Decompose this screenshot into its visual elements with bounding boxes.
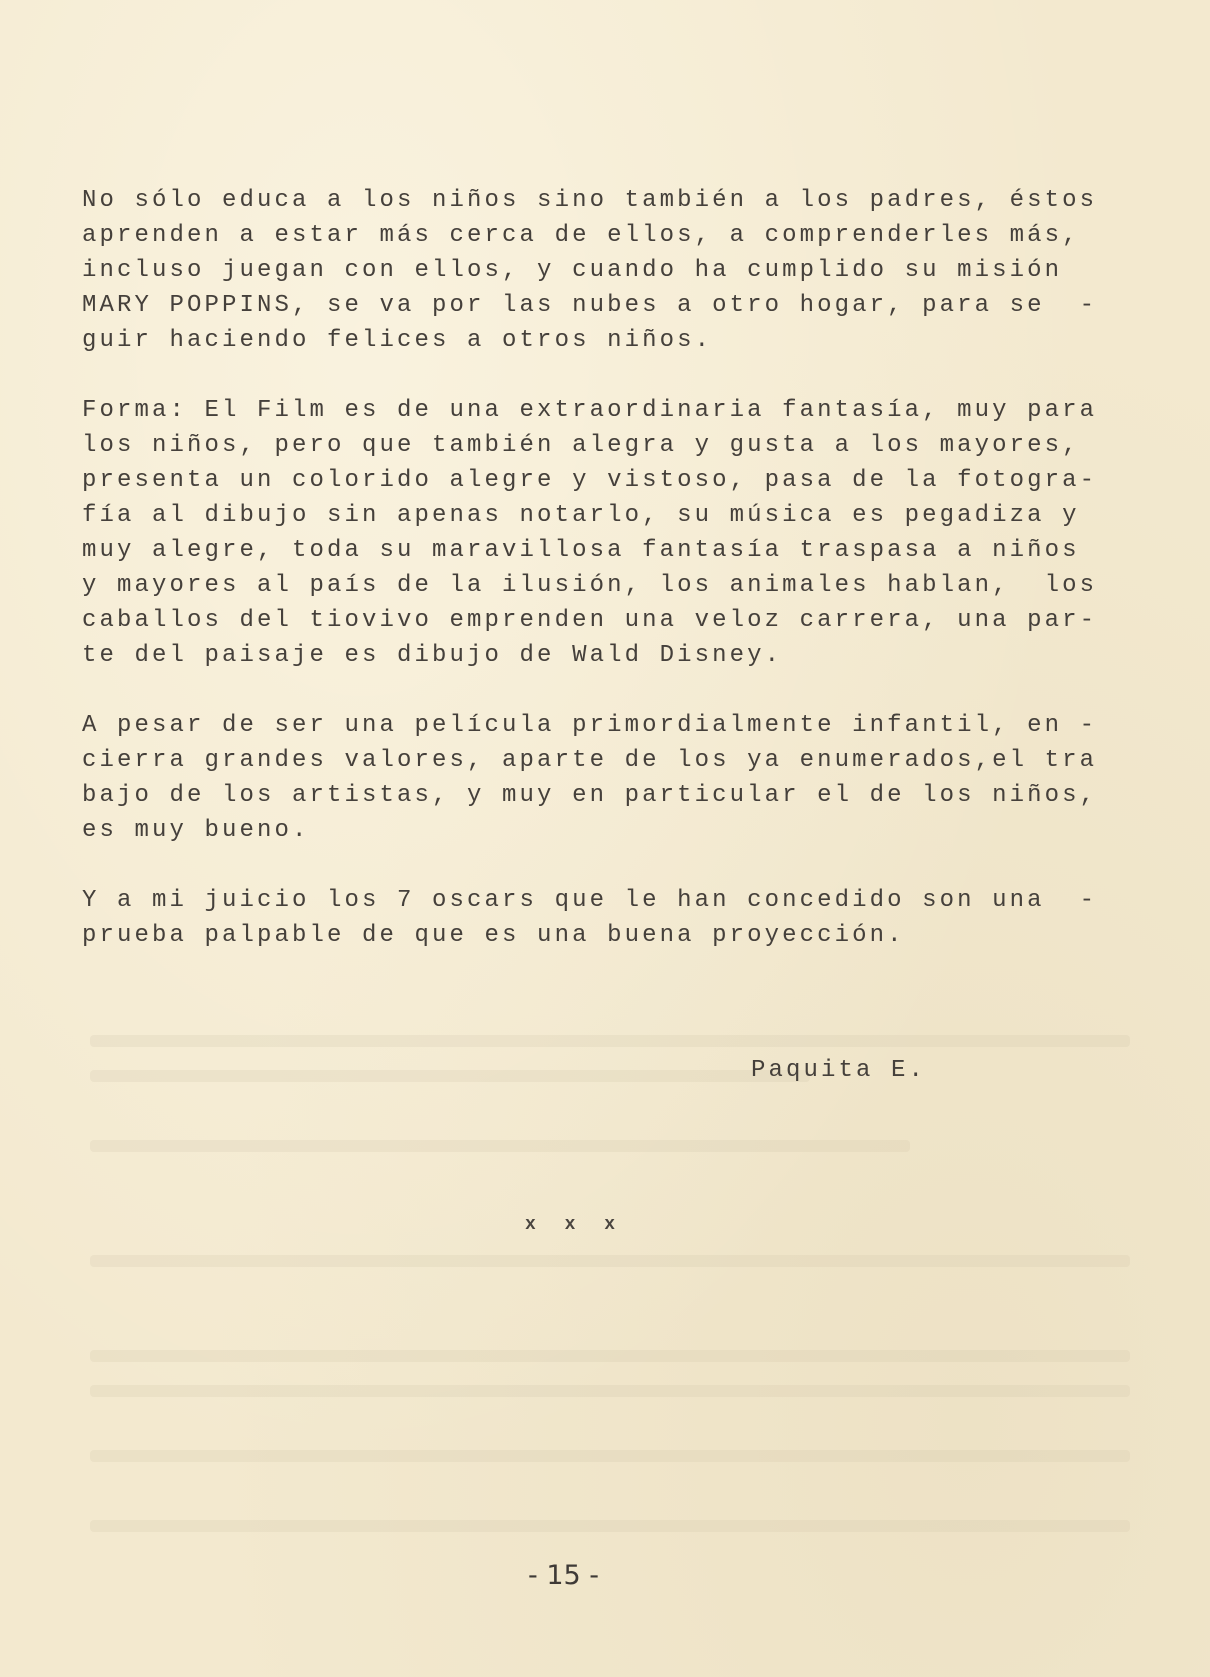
text-line: prueba palpable de que es una buena proy… <box>82 918 1122 953</box>
paragraph-oscars: Y a mi juicio los 7 oscars que le han co… <box>82 883 1122 953</box>
section-separator: x x x <box>525 1215 617 1235</box>
bleed-through-line <box>90 1450 1130 1462</box>
text-line: A pesar de ser una película primordialme… <box>82 708 1122 743</box>
bleed-through-line <box>90 1140 910 1152</box>
text-line: MARY POPPINS, se va por las nubes a otro… <box>82 288 1122 323</box>
text-line: bajo de los artistas, y muy en particula… <box>82 778 1122 813</box>
text-line: incluso juegan con ellos, y cuando ha cu… <box>82 253 1122 288</box>
text-line: caballos del tiovivo emprenden una veloz… <box>82 603 1122 638</box>
bleed-through-line <box>90 1035 1130 1047</box>
author-signature: Paquita E. <box>751 1057 926 1084</box>
paragraph-values: A pesar de ser una película primordialme… <box>82 708 1122 848</box>
paragraph-education: No sólo educa a los niños sino también a… <box>82 183 1122 358</box>
bleed-through-line <box>90 1385 1130 1397</box>
text-line: fía al dibujo sin apenas notarlo, su mús… <box>82 498 1122 533</box>
bleed-through-line <box>90 1350 1130 1362</box>
text-line: aprenden a estar más cerca de ellos, a c… <box>82 218 1122 253</box>
text-line: es muy bueno. <box>82 813 1122 848</box>
text-line: cierra grandes valores, aparte de los ya… <box>82 743 1122 778</box>
bleed-through-line <box>90 1255 1130 1267</box>
bleed-through-line <box>90 1070 810 1082</box>
text-line: presenta un colorido alegre y vistoso, p… <box>82 463 1122 498</box>
text-line: te del paisaje es dibujo de Wald Disney. <box>82 638 1122 673</box>
text-line: y mayores al país de la ilusión, los ani… <box>82 568 1122 603</box>
text-line: Forma: El Film es de una extraordinaria … <box>82 393 1122 428</box>
page-number: - 15 - <box>528 1560 599 1591</box>
text-line: muy alegre, toda su maravillosa fantasía… <box>82 533 1122 568</box>
text-line: No sólo educa a los niños sino también a… <box>82 183 1122 218</box>
body-text: No sólo educa a los niños sino también a… <box>82 183 1122 988</box>
typewritten-page: No sólo educa a los niños sino también a… <box>0 0 1210 1677</box>
paragraph-forma: Forma: El Film es de una extraordinaria … <box>82 393 1122 673</box>
text-line: guir haciendo felices a otros niños. <box>82 323 1122 358</box>
bleed-through-line <box>90 1520 1130 1532</box>
text-line: Y a mi juicio los 7 oscars que le han co… <box>82 883 1122 918</box>
text-line: los niños, pero que también alegra y gus… <box>82 428 1122 463</box>
